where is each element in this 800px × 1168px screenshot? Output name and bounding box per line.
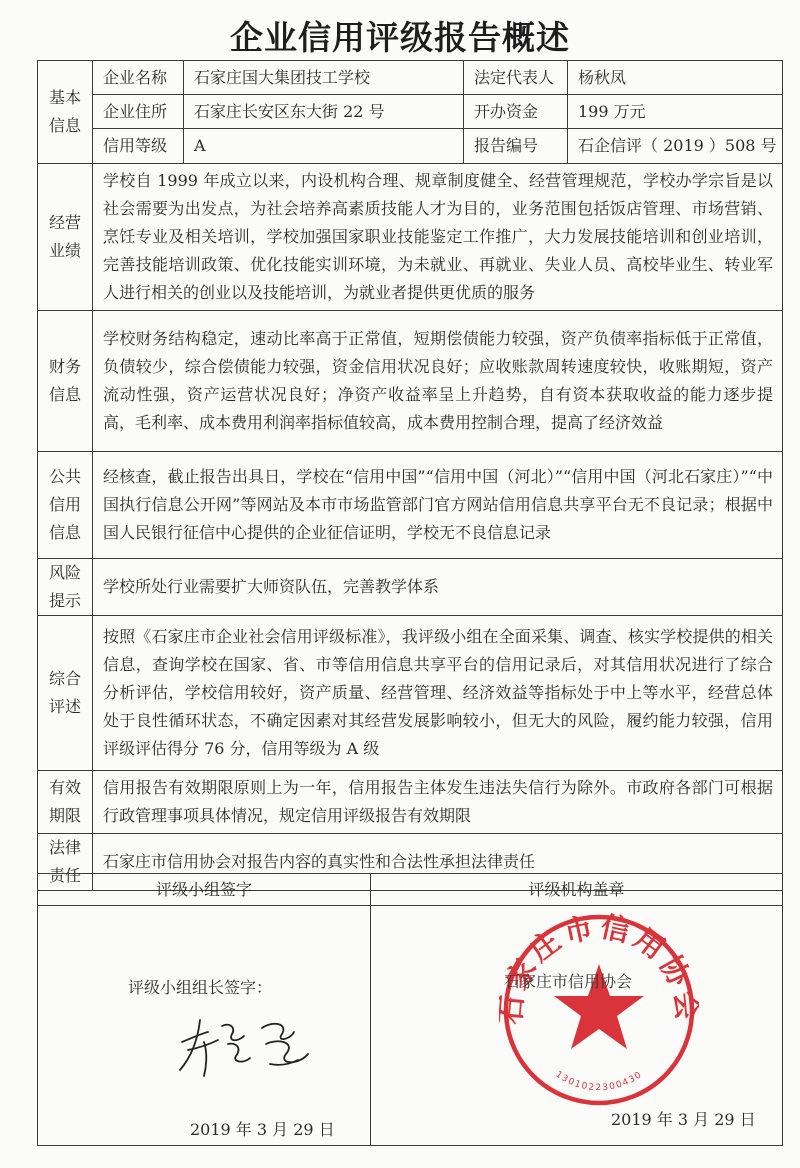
address-value: 石家庄长安区东大街 22 号 (184, 95, 464, 129)
page-title: 企业信用评级报告概述 (0, 12, 800, 59)
legal-representative-value: 杨秋凤 (568, 61, 783, 95)
company-name-value: 石家庄国大集团技工学校 (184, 61, 464, 95)
field-label: 信用等级 (93, 129, 184, 164)
section-text: 按照《石家庄市企业社会信用评级标准》，我评级小组在全面采集、调查、核实学校提供的… (93, 616, 783, 771)
basic-info-row: 信用等级 A 报告编号 石企信评（ 2019 ）508 号 (38, 129, 783, 164)
section-label: 有效期限 (38, 771, 93, 834)
section-text: 信用报告有效期限原则上为一年，信用报告主体发生违法失信行为除外。市政府各部门可根… (93, 771, 783, 834)
field-label: 企业名称 (93, 61, 184, 95)
section-text: 经核查，截止报告出具日，学校在“信用中国”“信用中国（河北）”“信用中国（河北石… (93, 452, 783, 559)
team-signature-area: 评级小组组长签字： 2019 年 3 月 29 日 (38, 906, 371, 1146)
official-seal-icon: 石家庄市信用协会 1301022300430 (499, 910, 699, 1110)
section-label: 公共信用信息 (38, 452, 93, 559)
svg-text:1301022300430: 1301022300430 (553, 1070, 644, 1094)
section-label: 综合评述 (38, 616, 93, 771)
field-label: 企业住所 (93, 95, 184, 129)
section-row-overall-assessment: 综合评述 按照《石家庄市企业社会信用评级标准》，我评级小组在全面采集、调查、核实… (38, 616, 783, 771)
field-label: 开办资金 (464, 95, 568, 129)
credit-grade-value: A (184, 129, 464, 164)
signature-table: 评级小组签字 评级机构盖章 评级小组组长签字： (37, 873, 783, 1146)
handwritten-signature-icon (178, 1014, 318, 1078)
org-stamp-header: 评级机构盖章 (371, 874, 783, 906)
report-number-value: 石企信评（ 2019 ）508 号 (568, 129, 783, 164)
section-row-public-credit-info: 公共信用信息 经核查，截止报告出具日，学校在“信用中国”“信用中国（河北）”“信… (38, 452, 783, 559)
section-row-financial-info: 财务信息 学校财务结构稳定，速动比率高于正常值，短期偿债能力较强，资产负债率指标… (38, 311, 783, 452)
section-text: 学校所处行业需要扩大师资队伍，完善教学体系 (93, 559, 783, 616)
leader-signature-label: 评级小组组长签字： (128, 974, 272, 1002)
section-label: 风险提示 (38, 559, 93, 616)
basic-info-row: 企业住所 石家庄长安区东大街 22 号 开办资金 199 万元 (38, 95, 783, 129)
section-row-risk-warning: 风险提示 学校所处行业需要扩大师资队伍，完善教学体系 (38, 559, 783, 616)
field-label: 报告编号 (464, 129, 568, 164)
section-text: 学校财务结构稳定，速动比率高于正常值，短期偿债能力较强，资产负债率指标低于正常值… (93, 311, 783, 452)
basic-info-row: 基本信息 企业名称 石家庄国大集团技工学校 法定代表人 杨秋凤 (38, 61, 783, 95)
team-signature-header: 评级小组签字 (38, 874, 371, 906)
team-signature-date: 2019 年 3 月 29 日 (190, 1116, 335, 1144)
section-label: 财务信息 (38, 311, 93, 452)
capital-value: 199 万元 (568, 95, 783, 129)
field-label: 法定代表人 (464, 61, 568, 95)
section-label: 经营业绩 (38, 164, 93, 311)
org-name: 石家庄市信用协会 (504, 968, 632, 996)
report-table: 基本信息 企业名称 石家庄国大集团技工学校 法定代表人 杨秋凤 企业住所 石家庄… (37, 60, 783, 891)
org-stamp-area: 石家庄市信用协会 1301022300430 石家庄市信用协会 2019 年 3… (371, 906, 783, 1146)
section-row-business-performance: 经营业绩 学校自 1999 年成立以来，内设机构合理、规章制度健全、经营管理规范… (38, 164, 783, 311)
org-stamp-date: 2019 年 3 月 29 日 (611, 1106, 756, 1134)
basic-info-label: 基本信息 (38, 61, 93, 164)
report-page: 企业信用评级报告概述 基本信息 企业名称 石家庄国大集团技工学校 法定代表人 杨… (0, 0, 800, 1168)
section-row-validity-period: 有效期限 信用报告有效期限原则上为一年，信用报告主体发生违法失信行为除外。市政府… (38, 771, 783, 834)
section-text: 学校自 1999 年成立以来，内设机构合理、规章制度健全、经营管理规范，学校办学… (93, 164, 783, 311)
